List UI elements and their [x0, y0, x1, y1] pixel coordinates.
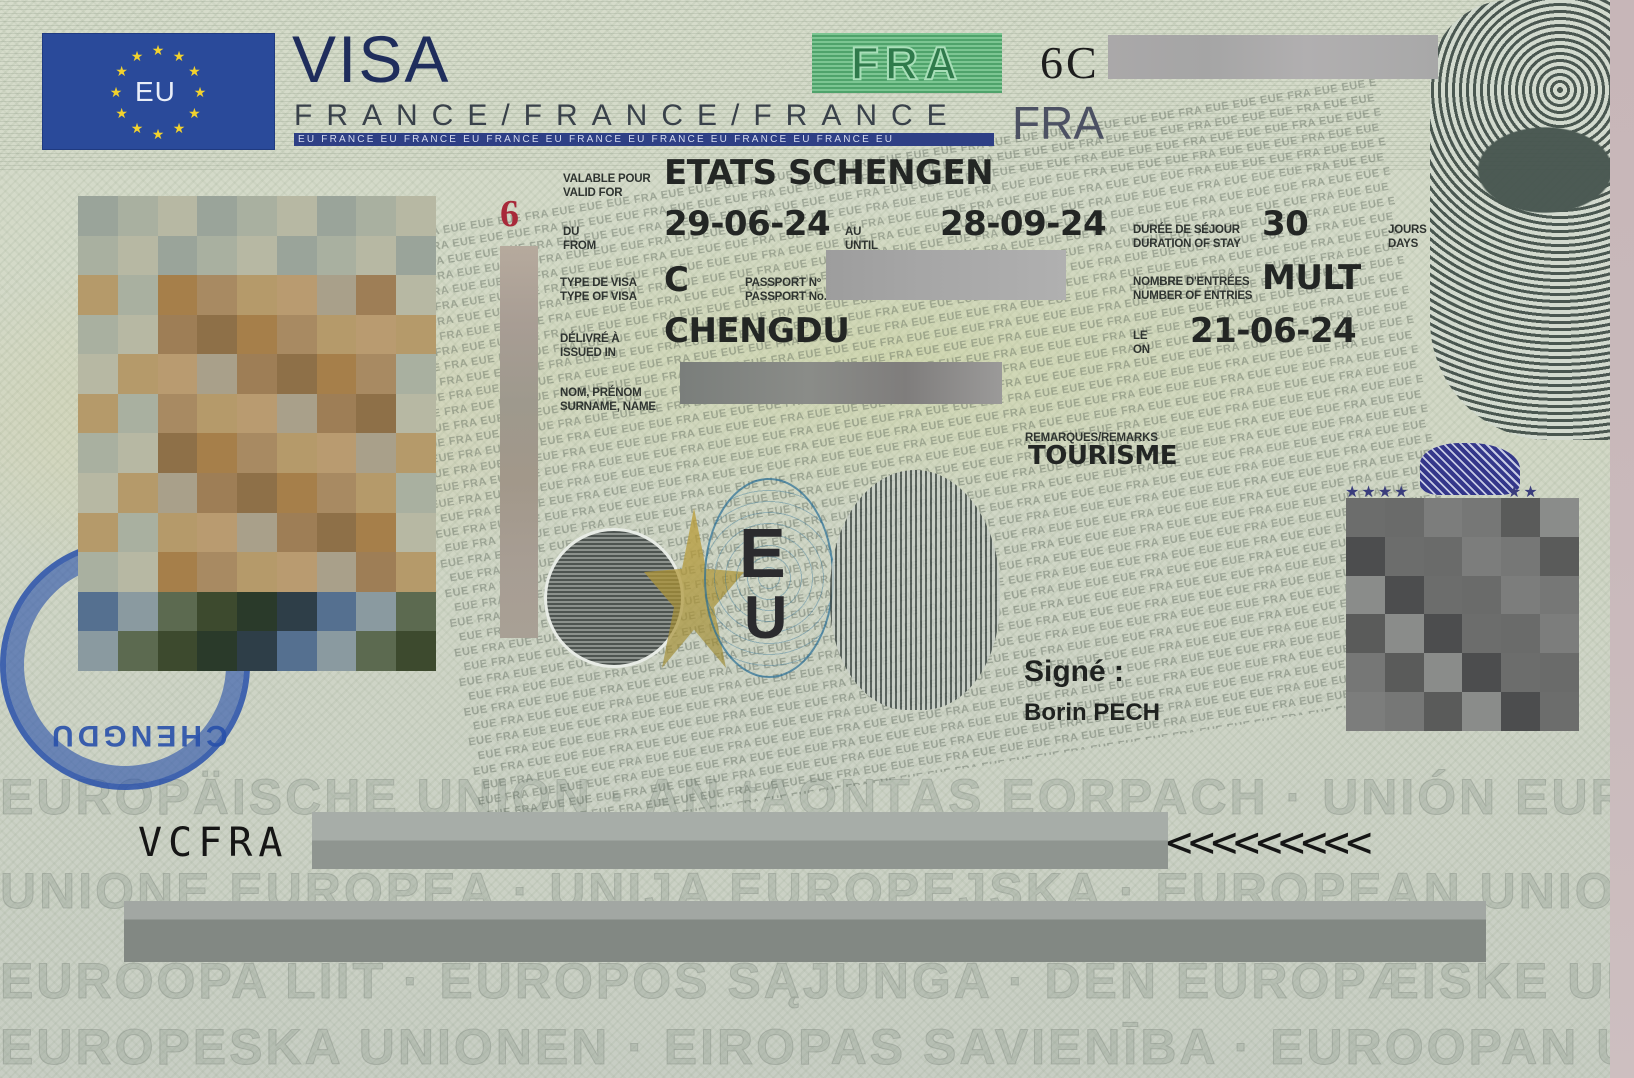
redaction-pixel	[1540, 537, 1579, 576]
redaction-pixel	[197, 433, 237, 473]
redaction-pixel	[277, 552, 317, 592]
redaction-pixel	[78, 473, 118, 513]
redaction-pixel	[237, 275, 277, 315]
redaction-pixel	[1540, 576, 1579, 615]
valid-for-value: ETATS SCHENGEN	[664, 155, 993, 191]
redaction-pixel	[396, 592, 436, 632]
redaction-pixel	[78, 552, 118, 592]
from-date: 29-06-24	[664, 206, 830, 242]
redaction-pixel	[1346, 614, 1385, 653]
redaction-pixel	[158, 196, 198, 236]
valid-for-label-en: VALID FOR	[563, 187, 622, 200]
redaction-pixel	[356, 631, 396, 671]
fra-hologram: FRA	[812, 33, 1002, 93]
redaction-pixel	[396, 275, 436, 315]
redaction-pixel	[1385, 537, 1424, 576]
redaction-pixel	[237, 592, 277, 632]
redaction-pixel	[118, 473, 158, 513]
redaction-pixel	[118, 592, 158, 632]
redaction-pixel	[118, 394, 158, 434]
redaction-pixel	[396, 552, 436, 592]
holder-photo-redacted	[78, 196, 436, 671]
redaction-pixel	[158, 236, 198, 276]
redaction-pixel	[356, 433, 396, 473]
redaction-pixel	[1501, 692, 1540, 731]
redaction-pixel	[1385, 614, 1424, 653]
redaction-pixel	[277, 354, 317, 394]
duration-unit-fr: JOURS	[1388, 224, 1427, 237]
redaction-pixel	[356, 315, 396, 355]
redaction-pixel	[237, 315, 277, 355]
passport-label-en: PASSPORT No.	[745, 291, 827, 304]
redaction-pixel	[158, 513, 198, 553]
redaction-pixel	[78, 275, 118, 315]
redaction-pixel	[1346, 537, 1385, 576]
redaction-pixel	[1424, 614, 1463, 653]
star-icon: ★	[115, 106, 129, 120]
eu-hologram: E U	[544, 468, 834, 698]
redaction-pixel	[396, 315, 436, 355]
remarks-value: TOURISME	[1028, 438, 1177, 474]
redaction-pixel	[1501, 614, 1540, 653]
redaction-pixel	[158, 354, 198, 394]
flag-label: EU	[135, 76, 176, 108]
redaction-pixel	[317, 513, 357, 553]
redaction-pixel	[277, 631, 317, 671]
redaction-pixel	[1462, 653, 1501, 692]
redaction-pixel	[158, 631, 198, 671]
redaction-pixel	[317, 196, 357, 236]
issuing-state-code: FRA	[1012, 98, 1104, 148]
redaction-pixel	[1385, 498, 1424, 537]
redaction-pixel	[237, 354, 277, 394]
redaction-pixel	[118, 236, 158, 276]
redaction-pixel	[78, 315, 118, 355]
redaction-pixel	[317, 473, 357, 513]
redaction-pixel	[277, 196, 317, 236]
redaction-pixel	[1424, 498, 1463, 537]
mrz-line1-fillers: <<<<<<<<<	[1166, 817, 1368, 868]
issued-in-label-en: ISSUED IN	[560, 347, 616, 360]
passport-label-fr: PASSPORT Nº	[745, 277, 821, 290]
redaction-pixel	[1462, 498, 1501, 537]
redaction-pixel	[237, 473, 277, 513]
redaction-pixel	[1346, 498, 1385, 537]
redaction-pixel	[118, 315, 158, 355]
star-icon: ★	[115, 64, 129, 78]
entries-label-fr: NOMBRE D'ENTRÉES	[1133, 276, 1249, 289]
latent-image-pattern	[830, 470, 1000, 710]
star-icon: ★	[151, 127, 165, 141]
redaction-pixel	[78, 631, 118, 671]
redaction-pixel	[158, 592, 198, 632]
redaction-pixel	[1501, 498, 1540, 537]
valid-for-label-fr: VALABLE POUR	[563, 173, 650, 186]
redaction-pixel	[396, 354, 436, 394]
redaction-pixel	[396, 433, 436, 473]
redaction-pixel	[1346, 653, 1385, 692]
redaction-pixel	[356, 513, 396, 553]
redaction-pixel	[1462, 576, 1501, 615]
redaction-pixel	[158, 433, 198, 473]
redaction-pixel	[197, 552, 237, 592]
serial-mark: 6	[500, 192, 519, 236]
redaction-pixel	[396, 631, 436, 671]
redaction-pixel	[317, 354, 357, 394]
redaction-pixel	[1424, 692, 1463, 731]
redaction-pixel	[1424, 537, 1463, 576]
visa-number: 6C	[1040, 36, 1100, 89]
eu-france-band: EU FRANCE EU FRANCE EU FRANCE EU FRANCE …	[294, 133, 994, 146]
redaction-pixel	[197, 592, 237, 632]
name-label-fr: NOM, PRÉNOM	[560, 387, 642, 400]
background-text-row: EUROPESKA UNIONEN · EIROPAS SAVIENĪBA · …	[0, 1018, 1634, 1078]
redaction-pixel	[317, 592, 357, 632]
redaction-pixel	[237, 433, 277, 473]
redaction-pixel	[317, 394, 357, 434]
redaction-pixel	[317, 275, 357, 315]
redaction-pixel	[197, 354, 237, 394]
guilloche-rosette	[1430, 0, 1634, 440]
mrz-line1-prefix: VCFRA	[138, 820, 288, 866]
issued-on-label-fr: LE	[1133, 330, 1147, 343]
redaction-pixel	[396, 394, 436, 434]
redaction-pixel	[356, 394, 396, 434]
redaction-pixel	[356, 236, 396, 276]
redaction-pixel	[118, 275, 158, 315]
issuing-country-line: FRANCE/FRANCE/FRANCE	[294, 100, 961, 132]
redaction-pixel	[317, 315, 357, 355]
redaction-pixel	[78, 236, 118, 276]
redaction-pixel	[237, 236, 277, 276]
seal-redaction	[1346, 498, 1579, 731]
star-icon: ★	[151, 43, 165, 57]
redaction-pixel	[1501, 576, 1540, 615]
redaction-pixel	[158, 315, 198, 355]
page-edge	[1610, 0, 1634, 1078]
redaction-pixel	[1346, 576, 1385, 615]
star-icon: ★	[172, 121, 186, 135]
redaction-pixel	[1540, 614, 1579, 653]
redaction-pixel	[237, 196, 277, 236]
issued-on-label-en: ON	[1133, 344, 1150, 357]
redaction-pixel	[237, 631, 277, 671]
passport-number-redaction	[826, 250, 1066, 300]
visa-sticker: EUROPÄISCHE UNION · AN tAONTAS EORPACH ·…	[0, 0, 1634, 1078]
name-redaction	[680, 362, 1002, 404]
redaction-pixel	[356, 552, 396, 592]
name-label-en: SURNAME, NAME	[560, 401, 656, 414]
redaction-pixel	[317, 433, 357, 473]
eu-flag-icon: ★★★★★★★★★★★★ EU	[42, 33, 275, 150]
redaction-pixel	[78, 354, 118, 394]
redaction-pixel	[197, 631, 237, 671]
duration-label-fr: DURÉE DE SÉJOUR	[1133, 224, 1240, 237]
redaction-pixel	[237, 513, 277, 553]
redaction-pixel	[277, 473, 317, 513]
until-label-fr: AU	[845, 226, 861, 239]
redaction-pixel	[1540, 498, 1579, 537]
redaction-pixel	[118, 552, 158, 592]
redaction-pixel	[118, 513, 158, 553]
redaction-pixel	[118, 354, 158, 394]
redaction-pixel	[237, 552, 277, 592]
consulate-stamp-text: CHENGDU	[48, 718, 228, 752]
visa-type-value: C	[664, 262, 688, 298]
from-label-fr: DU	[563, 226, 579, 239]
redaction-pixel	[1346, 692, 1385, 731]
signature-label: Signé :	[1024, 655, 1124, 689]
star-icon: ★	[130, 49, 144, 63]
duration-unit-en: DAYS	[1388, 238, 1418, 251]
redaction-pixel	[396, 236, 436, 276]
visa-type-label-en: TYPE OF VISA	[560, 291, 637, 304]
redaction-pixel	[197, 513, 237, 553]
issued-in-label-fr: DÉLIVRÉ À	[560, 333, 620, 346]
redaction-pixel	[356, 592, 396, 632]
redaction-pixel	[317, 631, 357, 671]
hologram-letter-u: U	[744, 588, 787, 648]
redaction-pixel	[78, 513, 118, 553]
redaction-pixel	[158, 394, 198, 434]
redaction-pixel	[118, 631, 158, 671]
star-icon: ★	[130, 121, 144, 135]
issued-in-value: CHENGDU	[664, 313, 849, 349]
redaction-pixel	[1385, 653, 1424, 692]
redaction-pixel	[1385, 692, 1424, 731]
visa-number-redaction	[1108, 35, 1438, 79]
duration-label-en: DURATION OF STAY	[1133, 238, 1241, 251]
star-icon: ★	[172, 49, 186, 63]
redaction-pixel	[158, 552, 198, 592]
redaction-pixel	[197, 275, 237, 315]
redaction-pixel	[277, 394, 317, 434]
hologram-letter-e: E	[739, 518, 786, 588]
redaction-pixel	[1540, 692, 1579, 731]
redaction-pixel	[317, 236, 357, 276]
redaction-pixel	[197, 473, 237, 513]
redaction-pixel	[197, 196, 237, 236]
document-title: VISA	[292, 24, 450, 94]
duration-value: 30	[1262, 206, 1308, 242]
signatory-name: Borin PECH	[1024, 699, 1160, 727]
star-icon: ★	[193, 85, 207, 99]
star-icon: ★	[109, 85, 123, 99]
issued-on-date: 21-06-24	[1190, 313, 1356, 349]
redaction-pixel	[78, 433, 118, 473]
redaction-pixel	[356, 354, 396, 394]
redaction-pixel	[277, 433, 317, 473]
redaction-pixel	[1424, 653, 1463, 692]
euro-disk-icon	[544, 528, 684, 668]
redaction-pixel	[118, 196, 158, 236]
redaction-pixel	[1501, 653, 1540, 692]
until-date: 28-09-24	[940, 206, 1106, 242]
star-icon: ★	[187, 64, 201, 78]
redaction-pixel	[1462, 614, 1501, 653]
redaction-pixel	[1462, 692, 1501, 731]
redaction-pixel	[277, 275, 317, 315]
entries-value: MULT	[1262, 260, 1361, 296]
redaction-pixel	[1501, 537, 1540, 576]
redaction-pixel	[78, 592, 118, 632]
redaction-pixel	[356, 196, 396, 236]
redaction-pixel	[118, 433, 158, 473]
visa-type-label-fr: TYPE DE VISA	[560, 277, 637, 290]
redaction-pixel	[78, 196, 118, 236]
redaction-pixel	[277, 315, 317, 355]
vertical-redaction	[500, 246, 538, 638]
redaction-pixel	[197, 394, 237, 434]
redaction-pixel	[277, 236, 317, 276]
redaction-pixel	[396, 473, 436, 513]
redaction-pixel	[277, 513, 317, 553]
redaction-pixel	[158, 275, 198, 315]
redaction-pixel	[1424, 576, 1463, 615]
redaction-pixel	[197, 315, 237, 355]
redaction-pixel	[78, 394, 118, 434]
mrz-line2-redaction	[124, 901, 1486, 962]
redaction-pixel	[197, 236, 237, 276]
mrz-line1-redaction	[312, 812, 1168, 869]
redaction-pixel	[396, 196, 436, 236]
redaction-pixel	[277, 592, 317, 632]
redaction-pixel	[396, 513, 436, 553]
from-label-en: FROM	[563, 240, 596, 253]
entries-label-en: NUMBER OF ENTRIES	[1133, 290, 1252, 303]
star-icon: ★	[187, 106, 201, 120]
redaction-pixel	[1540, 653, 1579, 692]
redaction-pixel	[356, 275, 396, 315]
redaction-pixel	[1385, 576, 1424, 615]
redaction-pixel	[158, 473, 198, 513]
redaction-pixel	[317, 552, 357, 592]
redaction-pixel	[1462, 537, 1501, 576]
redaction-pixel	[237, 394, 277, 434]
redaction-pixel	[356, 473, 396, 513]
